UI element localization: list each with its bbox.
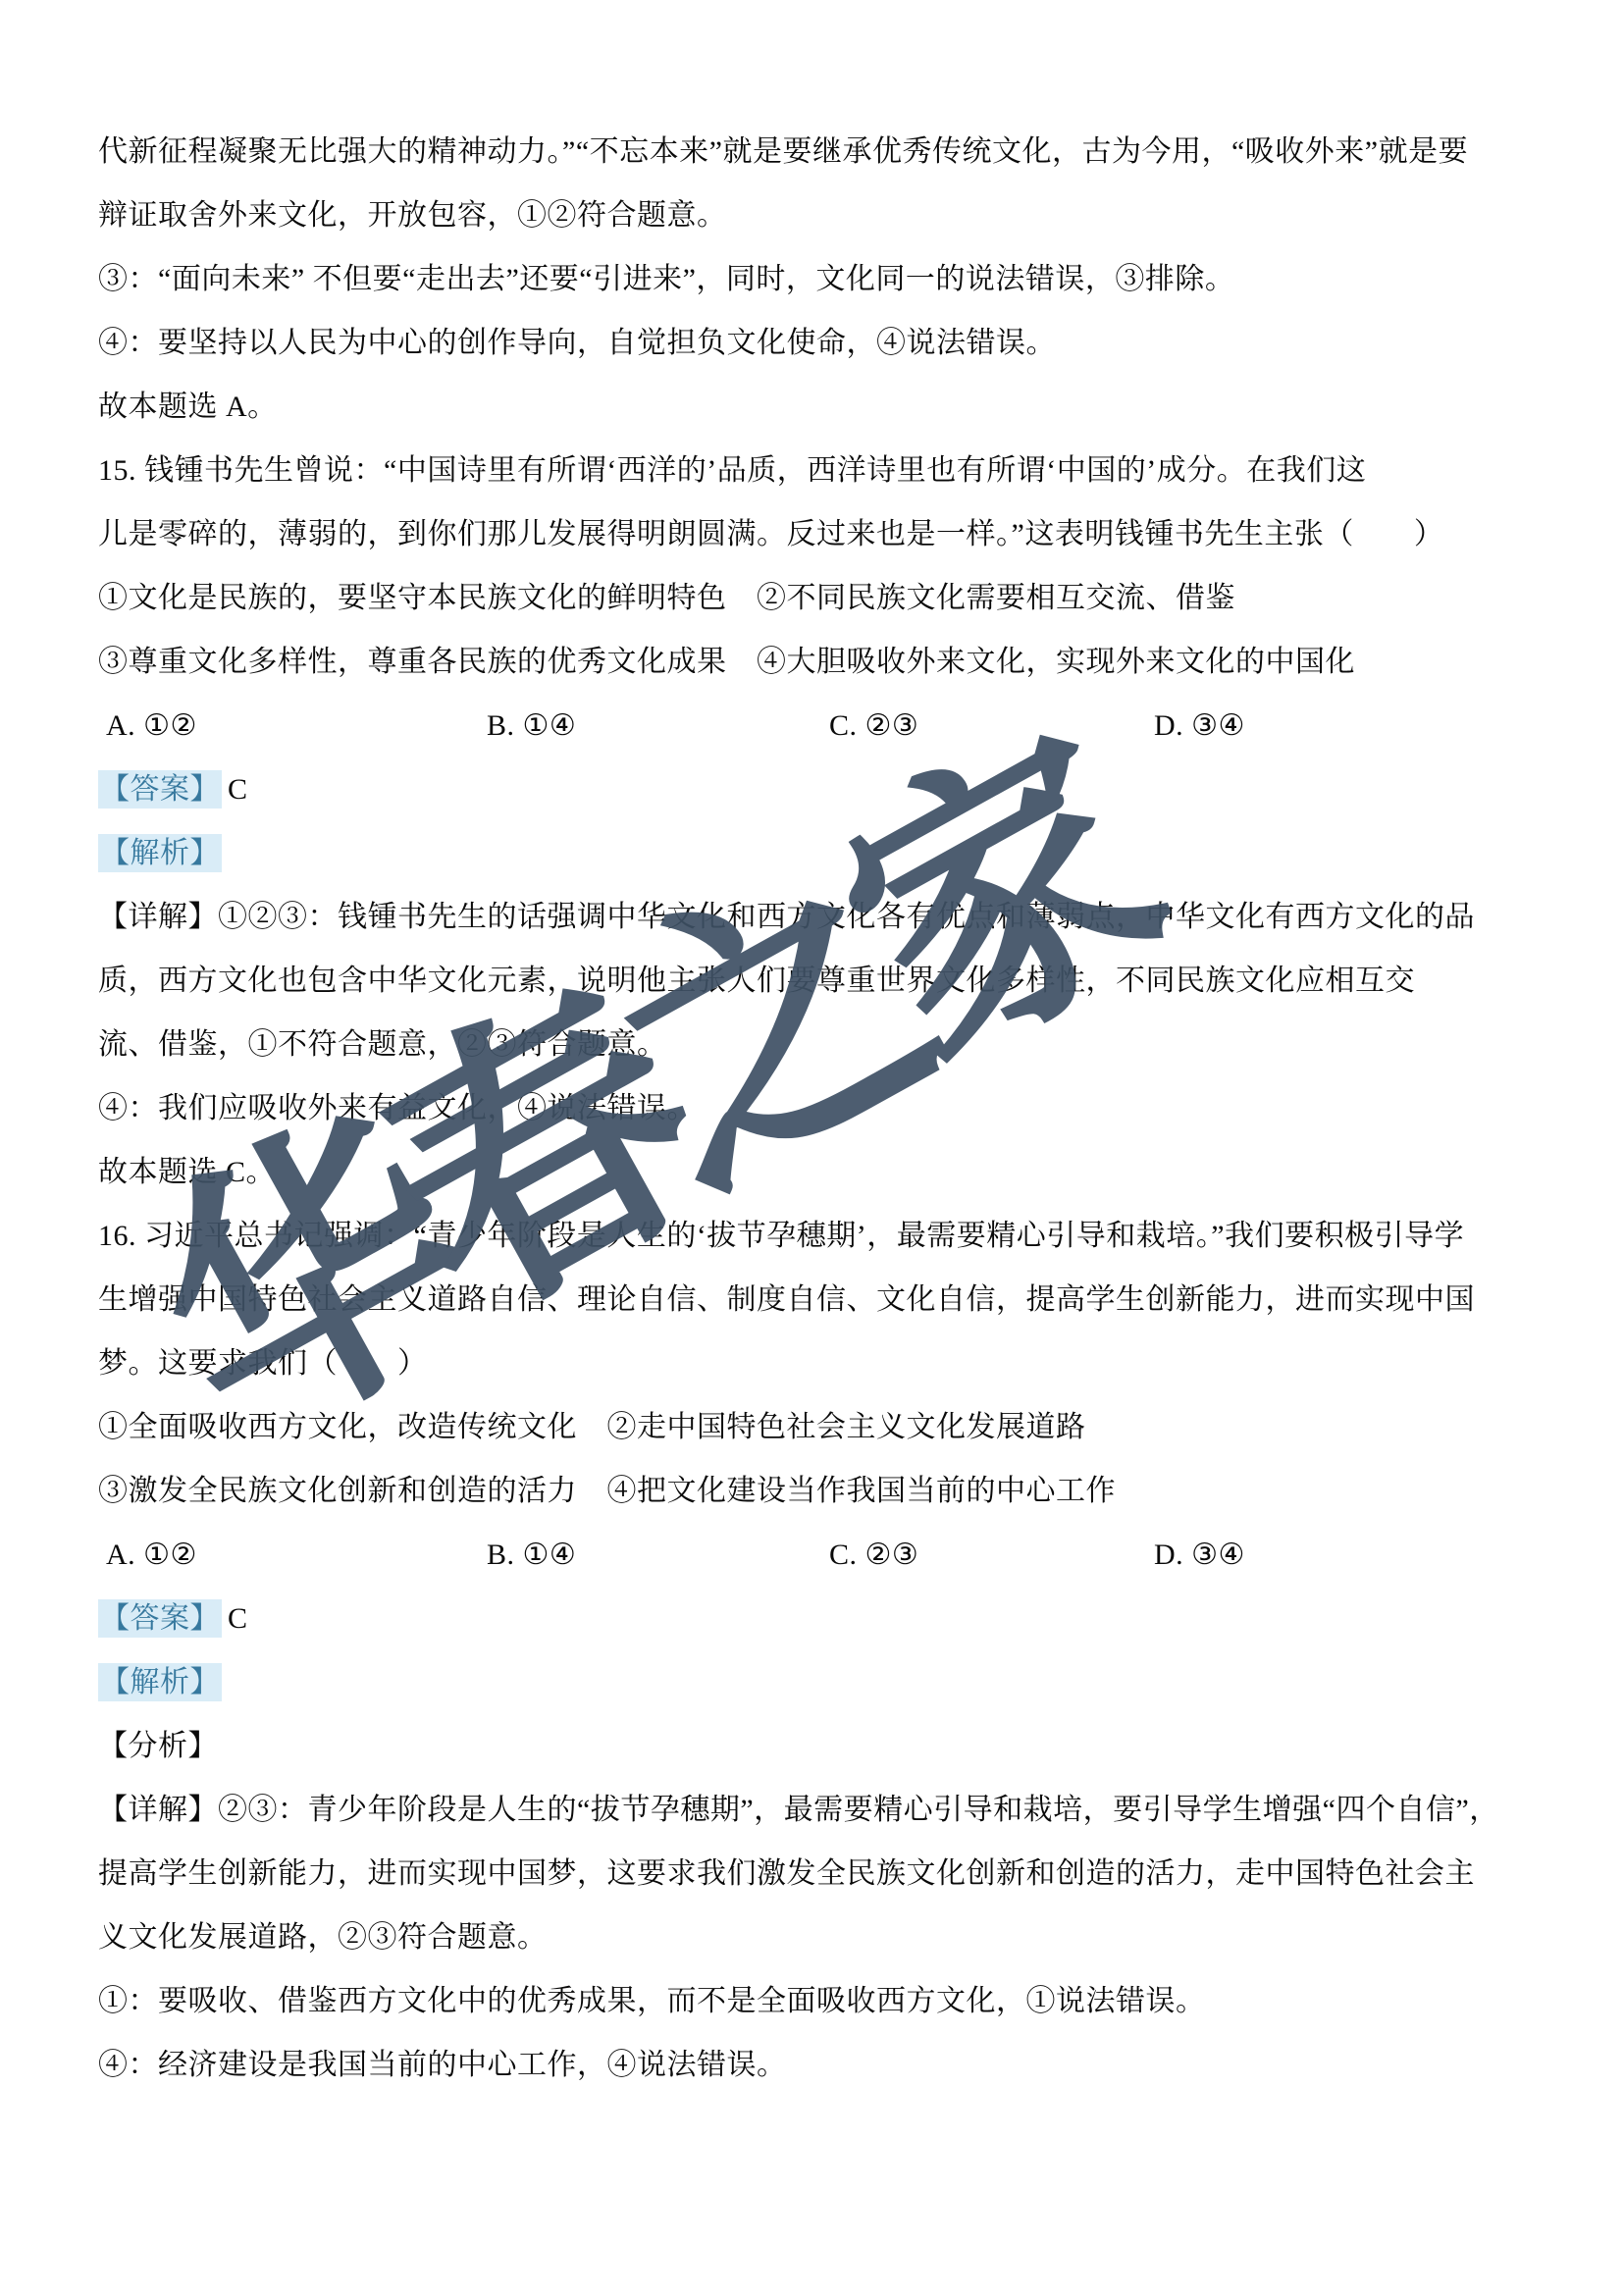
text-line: ①：要吸收、借鉴西方文化中的优秀成果，而不是全面吸收西方文化，①说法错误。 — [98, 1969, 1537, 2033]
option-item: A. ①② — [106, 694, 197, 757]
answer-tag: 【答案】 — [98, 770, 222, 809]
section-tag-label: 【解析】 — [98, 1663, 222, 1701]
text-line: 质，西方文化也包含中华文化元素，说明他主张人们要尊重世界文化多样性，不同民族文化… — [98, 949, 1537, 1013]
option-item: C. ②③ — [829, 694, 918, 757]
answer-value: C — [222, 1602, 248, 1635]
text-line: ③激发全民族文化创新和创造的活力 ④把文化建设当作我国当前的中心工作 — [98, 1459, 1537, 1523]
text-line: ①文化是民族的，要坚守本民族文化的鲜明特色 ②不同民族文化需要相互交流、借鉴 — [98, 566, 1537, 630]
text-line: ③尊重文化多样性，尊重各民族的优秀文化成果 ④大胆吸收外来文化，实现外来文化的中… — [98, 630, 1537, 694]
section-tag: 【分析】 — [98, 1714, 1537, 1778]
document-lines: 代新征程凝聚无比强大的精神动力。”“不忘本来”就是要继承优秀传统文化，古为今用，… — [98, 120, 1537, 2097]
text-line: 儿是零碎的，薄弱的，到你们那儿发展得明朗圆满。反过来也是一样。”这表明钱锺书先生… — [98, 502, 1537, 566]
text-line: 故本题选 C。 — [98, 1140, 1537, 1204]
section-tag-highlighted: 【解析】 — [98, 1650, 1537, 1714]
text-line: 16. 习近平总书记强调：“青少年阶段是人生的‘拔节孕穗期’，最需要精心引导和栽… — [98, 1204, 1537, 1268]
text-line: ④：要坚持以人民为中心的创作导向，自觉担负文化使命，④说法错误。 — [98, 311, 1537, 375]
text-line: 生增强中国特色社会主义道路自信、理论自信、制度自信、文化自信，提高学生创新能力，… — [98, 1268, 1537, 1331]
section-tag-label: 【解析】 — [98, 834, 222, 872]
text-line: 【详解】②③：青少年阶段是人生的“拔节孕穗期”，最需要精心引导和栽培，要引导学生… — [98, 1778, 1537, 1842]
text-line: ④：经济建设是我国当前的中心工作，④说法错误。 — [98, 2033, 1537, 2097]
options-row: A. ①②B. ①④C. ②③D. ③④ — [98, 1523, 1537, 1587]
text-line: 代新征程凝聚无比强大的精神动力。”“不忘本来”就是要继承优秀传统文化，古为今用，… — [98, 120, 1537, 183]
answer-value: C — [222, 773, 248, 806]
option-item: D. ③④ — [1154, 694, 1245, 757]
text-line: 义文化发展道路，②③符合题意。 — [98, 1905, 1537, 1969]
answer-tag: 【答案】 — [98, 1599, 222, 1638]
text-line: ③：“面向未来” 不但要“走出去”还要“引进来”，同时，文化同一的说法错误，③排… — [98, 247, 1537, 311]
text-line: 15. 钱锺书先生曾说：“中国诗里有所谓‘西洋的’品质，西洋诗里也有所谓‘中国的… — [98, 439, 1537, 502]
option-item: A. ①② — [106, 1523, 197, 1587]
options-row: A. ①②B. ①④C. ②③D. ③④ — [98, 694, 1537, 757]
text-line: 流、借鉴，①不符合题意，②③符合题意。 — [98, 1013, 1537, 1076]
document-page: 华春之家 代新征程凝聚无比强大的精神动力。”“不忘本来”就是要继承优秀传统文化，… — [0, 0, 1623, 2296]
section-tag-highlighted: 【解析】 — [98, 821, 1537, 885]
text-line: 梦。这要求我们（ ） — [98, 1331, 1537, 1395]
option-item: D. ③④ — [1154, 1523, 1245, 1587]
text-line: 故本题选 A。 — [98, 375, 1537, 439]
option-item: B. ①④ — [487, 694, 576, 757]
text-line: ①全面吸收西方文化，改造传统文化 ②走中国特色社会主义文化发展道路 — [98, 1395, 1537, 1459]
answer-line: 【答案】C — [98, 757, 1537, 821]
text-line: 提高学生创新能力，进而实现中国梦，这要求我们激发全民族文化创新和创造的活力，走中… — [98, 1842, 1537, 1905]
text-line: 辩证取舍外来文化，开放包容，①②符合题意。 — [98, 183, 1537, 247]
text-line: 【详解】①②③：钱锺书先生的话强调中华文化和西方文化各有优点和薄弱点，中华文化有… — [98, 885, 1537, 949]
text-line: ④：我们应吸收外来有益文化，④说法错误。 — [98, 1076, 1537, 1140]
option-item: C. ②③ — [829, 1523, 918, 1587]
option-item: B. ①④ — [487, 1523, 576, 1587]
answer-line: 【答案】C — [98, 1587, 1537, 1650]
